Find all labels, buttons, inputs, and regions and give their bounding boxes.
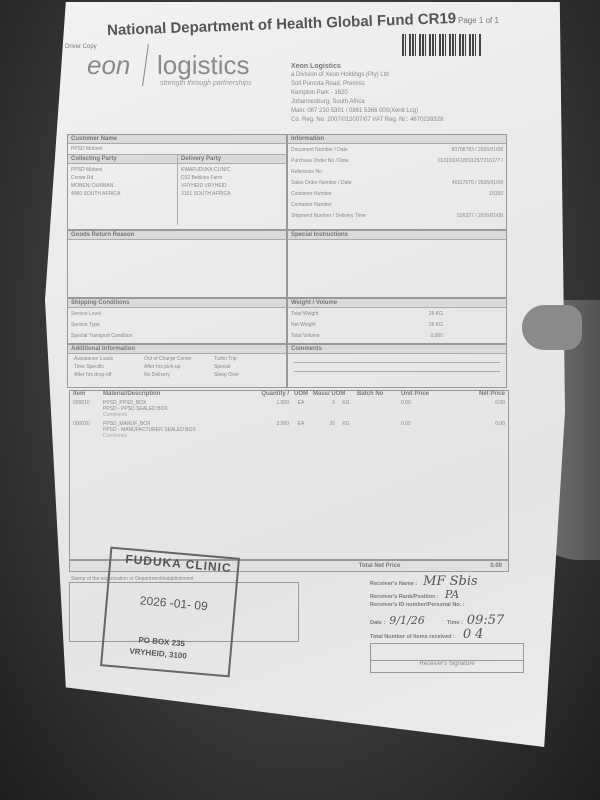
weight-label: Total Weight [291, 311, 318, 317]
total-value: 0.00 [490, 563, 502, 569]
option-checkbox[interactable]: Turbo Trip [214, 355, 280, 363]
logo-divider [142, 44, 149, 86]
col-uom: UOM [289, 391, 313, 397]
receiver-rank-label: Receiver's Rank/Position : [370, 594, 439, 600]
goods-return-block: Goods Return Reason [67, 230, 287, 298]
comments-header: Comments [288, 345, 506, 354]
collecting-line: MOBENI DURBAN [71, 182, 174, 190]
receiver-date-label: Date : [370, 620, 385, 626]
option-checkbox[interactable]: After hrs drop-off [74, 371, 140, 379]
item-mass-uom: KG [335, 400, 357, 406]
company-line: Kempton Park - 1620 [291, 89, 443, 98]
weight-block: Weight / Volume Total Weight26 KG Net We… [287, 298, 507, 344]
item-no: 000020 [73, 421, 103, 427]
info-label: Reference No [291, 169, 322, 175]
info-value: 526327 / 2026/01/08 [457, 213, 503, 219]
page-number: Page 1 of 1 [458, 16, 499, 25]
option-checkbox[interactable]: Assistance Loads [74, 355, 140, 363]
item-no: 000010 [73, 400, 103, 406]
item-qty: 1.000 [243, 400, 289, 406]
col-net-price: Net Price [455, 391, 505, 397]
goods-return-header: Goods Return Reason [68, 231, 286, 240]
additional-info-block: Additional Information Assistance Loads … [67, 344, 287, 388]
info-label: Sales Order Number / Date [291, 180, 352, 186]
item-unit-price: 0.00 [401, 400, 455, 406]
col-mass: Mass/ UOM [313, 391, 357, 397]
option-checkbox[interactable]: No Delivery [144, 371, 210, 379]
weight-value: 26 [429, 322, 435, 328]
stamp-town: VRYHEID, 3100 [129, 647, 187, 661]
additional-header: Additional Information [68, 345, 286, 354]
item-mass: 20 [313, 421, 335, 427]
weight-unit: KG [436, 322, 443, 328]
option-checkbox[interactable]: Time Specific [74, 363, 140, 371]
receiver-items-label: Total Number of Items received : [370, 634, 455, 640]
information-header: Information [288, 135, 506, 144]
company-line: Soll Purnota Road, Premiss [291, 80, 443, 89]
option-checkbox[interactable]: Out of Charge Center [144, 355, 210, 363]
company-address: Xeon Logistics a Division of Xeon Holdin… [291, 62, 443, 125]
col-qty: Quantity / [243, 391, 289, 397]
info-value: 15150 [489, 191, 503, 197]
table-row: 000010 PPSD_PPSD_BOX 1.000 EA 6 KG 0.00 … [70, 400, 508, 418]
collecting-line: 4060 SOUTH AFRICA [71, 190, 174, 198]
receiver-block: Receiver's Name : MF Sbis Receiver's Ran… [370, 574, 520, 673]
receiver-date-value: 9/1/26 [389, 614, 424, 627]
info-label: Shipment Number / Delivery Time [291, 213, 366, 219]
col-unit-price: Unit Price [401, 391, 455, 397]
info-value: 0131910F1801125/7216177 / [438, 158, 503, 164]
weight-value: 26 [429, 311, 435, 317]
info-label: Customer Number [291, 191, 332, 197]
comments-block: Comments [287, 344, 507, 388]
logo-tagline: strength through partnerships [160, 80, 251, 87]
thumb [522, 305, 582, 350]
customer-header: Customer Name [68, 135, 286, 144]
signature-label: Receiver's Signature [370, 661, 524, 673]
item-net-price: 0.00 [455, 421, 505, 427]
receiver-name-value: MF Sbis [423, 574, 478, 589]
customer-block: Customer Name PPSD Mobeni Collecting Par… [67, 134, 287, 230]
option-checkbox[interactable]: Sleep Over [214, 371, 280, 379]
item-unit-price: 0.00 [401, 421, 455, 427]
receiver-items-value: 04 [463, 627, 488, 642]
col-batch: Batch No [357, 391, 401, 397]
delivery-line: 3101 SOUTH AFRICA [181, 190, 283, 198]
item-batch [357, 400, 401, 406]
delivery-header: Delivery Party [178, 155, 286, 164]
logo-eon: eon [87, 50, 130, 81]
company-name: Xeon Logistics [291, 62, 443, 71]
collecting-party: Collecting Party PPSD Mobeni Crewe Rd MO… [68, 155, 178, 225]
stamp-date: 2026 -01- 09 [139, 593, 208, 613]
signature-box[interactable] [370, 643, 524, 661]
item-comments: Comments [70, 433, 508, 439]
info-value: 80708783 / 2026/01/08 [452, 147, 503, 153]
item-batch [357, 421, 401, 427]
special-instructions-header: Special Instructions [288, 231, 506, 240]
info-label: Purchase Order No / Date [291, 158, 349, 164]
shipping-block: Shipping Conditions Service Level Servic… [67, 298, 287, 344]
delivery-line: D32 Bekkies Farm [181, 174, 283, 182]
company-line: Main: 087 230 5301 / 0861 5366 000(Xenit… [291, 107, 443, 116]
receiver-rank-value: PA [445, 588, 459, 601]
stamp-clinic-name: FUDUKA CLINIC [125, 552, 232, 575]
delivery-line: KWAFUDUKA CLINIC [181, 166, 283, 174]
item-mass: 6 [313, 400, 335, 406]
col-material: Material/Description [103, 391, 243, 397]
option-checkbox[interactable]: After hrs pick-up [144, 363, 210, 371]
item-mass-uom: KG [335, 421, 357, 427]
receiver-name-label: Receiver's Name : [370, 581, 417, 587]
col-item: Item [73, 391, 103, 397]
items-table: Item Material/Description Quantity / UOM… [69, 390, 509, 560]
stamp-pobox: PO BOX 235 [138, 635, 185, 648]
shipping-header: Shipping Conditions [68, 299, 286, 308]
barcode [402, 34, 482, 56]
weight-header: Weight / Volume [288, 299, 506, 308]
collecting-line: PPSD Mobeni [71, 166, 174, 174]
delivery-line: VRYHEID VRYHEID [181, 182, 283, 190]
delivery-note-paper: National Department of Health Global Fun… [45, 2, 565, 747]
info-value: 40117070 / 2026/01/08 [452, 180, 503, 186]
customer-name: PPSD Mobeni [68, 144, 286, 155]
receiver-time-value: 09:57 [467, 613, 504, 628]
info-label: Container Number [291, 202, 332, 208]
receiver-id-label: Receiver's ID number/Personal No. : [370, 602, 465, 608]
shipping-label: Service Type [71, 322, 100, 328]
total-label: Total Net Price [359, 563, 401, 569]
item-uom: EA [289, 400, 313, 406]
company-line: Johannesburg, South Africa [291, 98, 443, 107]
weight-value: 0.000 [430, 333, 443, 339]
special-instructions-block: Special Instructions [287, 230, 507, 298]
shipping-label: Service Level [71, 311, 101, 317]
items-header: Item Material/Description Quantity / UOM… [70, 391, 508, 397]
weight-unit: KG [436, 311, 443, 317]
item-comments: Comments [70, 412, 508, 418]
item-uom: EA [289, 421, 313, 427]
item-qty: 3.000 [243, 421, 289, 427]
delivery-party: Delivery Party KWAFUDUKA CLINIC D32 Bekk… [178, 155, 286, 225]
receiver-time-label: Time : [447, 620, 463, 626]
item-net-price: 0.00 [455, 400, 505, 406]
company-line: Co. Reg. No. 2007/012007/07 VAT Reg. Nr.… [291, 116, 443, 125]
weight-label: Net Weight [291, 322, 316, 328]
shipping-label: Special Transport Condition [71, 333, 132, 339]
table-row: 000020 PPSD_MANUF_BOX 3.000 EA 20 KG 0.0… [70, 421, 508, 439]
clinic-stamp: FUDUKA CLINIC 2026 -01- 09 PO BOX 235 VR… [100, 547, 240, 678]
collecting-header: Collecting Party [68, 155, 177, 164]
information-block: Information Document Number / Date807087… [287, 134, 507, 230]
logo-logistics: logistics [157, 50, 249, 81]
collecting-line: Crewe Rd [71, 174, 174, 182]
company-line: a Division of Xeon Holdings (Pty) Ltd [291, 71, 443, 80]
option-checkbox[interactable]: Special [214, 363, 280, 371]
weight-label: Total Volume [291, 333, 320, 339]
info-label: Document Number / Date [291, 147, 348, 153]
